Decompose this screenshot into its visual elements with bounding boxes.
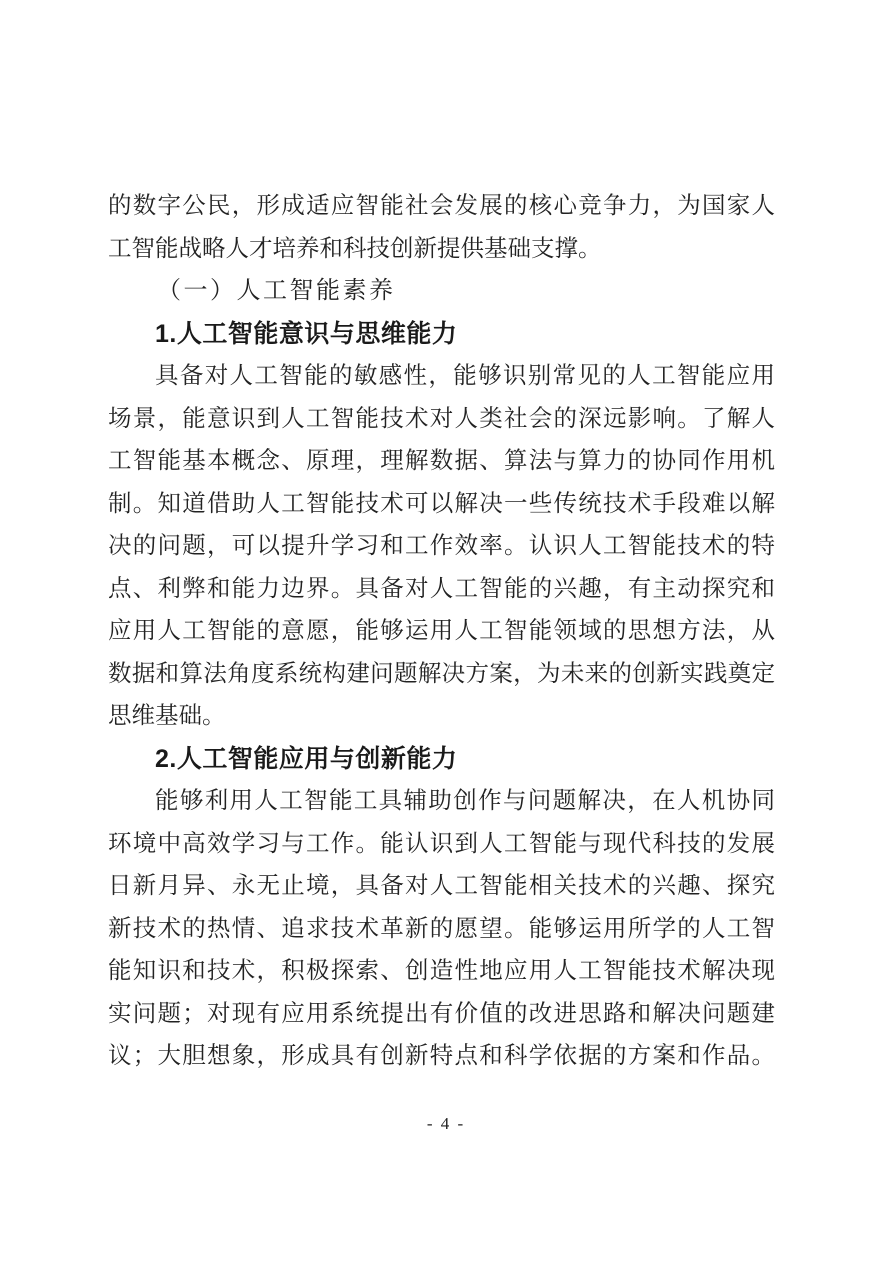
intro-line: 工智能战略人才培养和科技创新提供基础支撑。 — [108, 228, 775, 271]
body-line: 实问题；对现有应用系统提出有价值的改进思路和解决问题建 — [108, 993, 775, 1036]
section-heading: （一）人工智能素养 — [108, 270, 775, 313]
body-line: 能够利用人工智能工具辅助创作与问题解决，在人机协同 — [108, 780, 775, 823]
subsection-2-heading: 2.人工智能应用与创新能力 — [108, 738, 775, 781]
body-line: 点、利弊和能力边界。具备对人工智能的兴趣，有主动探究和 — [108, 568, 775, 611]
body-line: 议；大胆想象，形成具有创新特点和科学依据的方案和作品。 — [108, 1035, 775, 1078]
body-line: 具备对人工智能的敏感性，能够识别常见的人工智能应用 — [108, 355, 775, 398]
intro-line: 的数字公民，形成适应智能社会发展的核心竞争力，为国家人 — [108, 185, 775, 228]
document-page: 的数字公民，形成适应智能社会发展的核心竞争力，为国家人 工智能战略人才培养和科技… — [0, 0, 892, 1262]
body-line: 数据和算法角度系统构建问题解决方案，为未来的创新实践奠定 — [108, 653, 775, 696]
body-line: 思维基础。 — [108, 695, 775, 738]
body-line: 环境中高效学习与工作。能认识到人工智能与现代科技的发展 — [108, 823, 775, 866]
text-block: 的数字公民，形成适应智能社会发展的核心竞争力，为国家人 工智能战略人才培养和科技… — [108, 185, 775, 1078]
body-line: 日新月异、永无止境，具备对人工智能相关技术的兴趣、探究 — [108, 865, 775, 908]
body-line: 决的问题，可以提升学习和工作效率。认识人工智能技术的特 — [108, 525, 775, 568]
page-number: - 4 - — [0, 1114, 892, 1134]
body-line: 场景，能意识到人工智能技术对人类社会的深远影响。了解人 — [108, 398, 775, 441]
body-line: 制。知道借助人工智能技术可以解决一些传统技术手段难以解 — [108, 483, 775, 526]
body-line: 工智能基本概念、原理，理解数据、算法与算力的协同作用机 — [108, 440, 775, 483]
body-line: 能知识和技术，积极探索、创造性地应用人工智能技术解决现 — [108, 950, 775, 993]
body-line: 新技术的热情、追求技术革新的愿望。能够运用所学的人工智 — [108, 908, 775, 951]
subsection-1-heading: 1.人工智能意识与思维能力 — [108, 313, 775, 356]
body-line: 应用人工智能的意愿，能够运用人工智能领域的思想方法，从 — [108, 610, 775, 653]
